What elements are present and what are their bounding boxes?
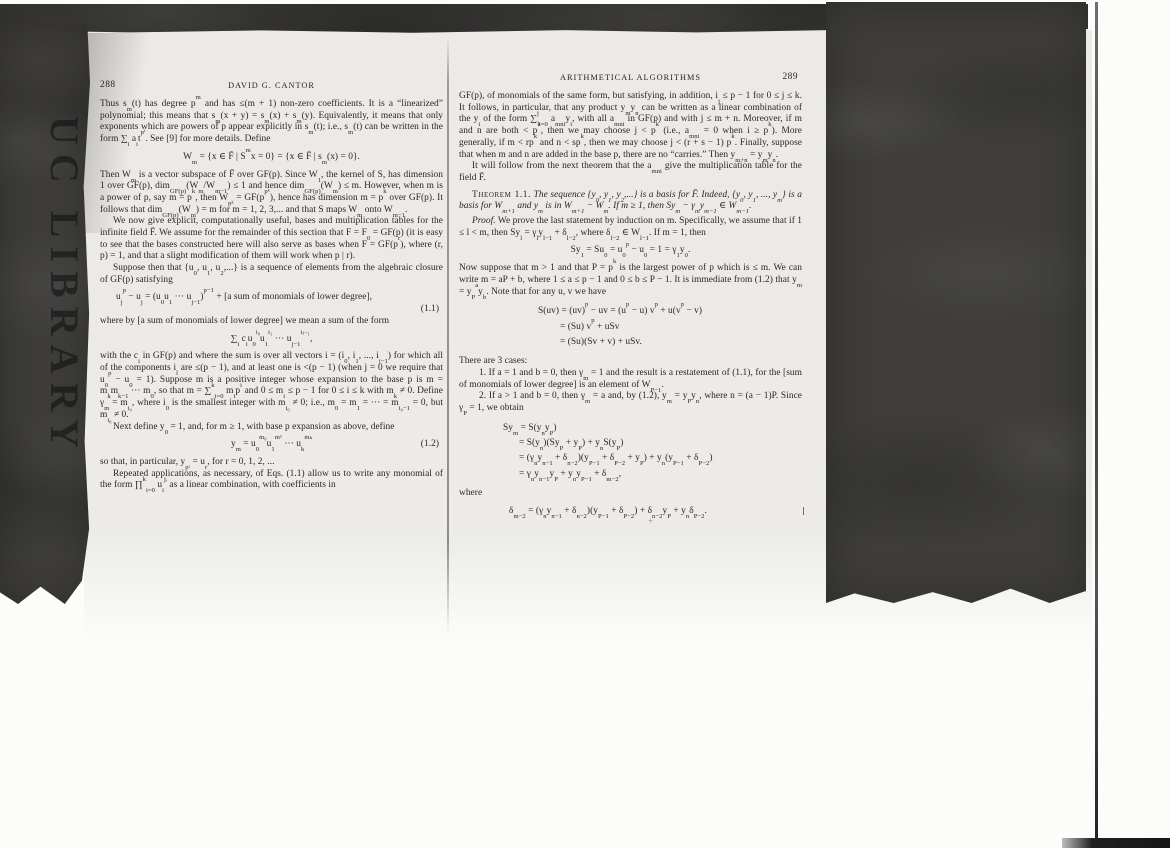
display-equation: δm−2 = (γnyn−1 + δn−2)(yP−1 + δP−2) + δn…	[459, 506, 802, 518]
display-equation: Sy1 = Su0 = u0p − u0 = 1 = γ1y0.	[459, 245, 802, 257]
left-running-head-row: 288 DAVID G. CANTOR	[100, 80, 443, 92]
theorem-label: Theorem 1.1.	[472, 190, 531, 200]
paragraph: with the ci in GF(p) and where the sum i…	[100, 351, 443, 421]
scan-dark-bar-bottom	[1062, 838, 1170, 848]
proof-body: We prove the last statement by induction…	[459, 216, 802, 238]
paragraph: Repeated applications, as necessary, of …	[100, 469, 443, 492]
proof-paragraph: Proof. We prove the last statement by in…	[459, 216, 802, 239]
right-running-head-row: ARITHMETICAL ALGORITHMS 289	[459, 72, 802, 84]
running-head: ARITHMETICAL ALGORITHMS	[560, 73, 701, 82]
equation-line: = γnyn−1yP + ynyP−1 + δm−2,	[459, 467, 802, 482]
equation-line: = (γnyn−1 + δn−2)(yP−1 + δP−2 + yP) + yn…	[459, 451, 802, 466]
page-left: 288 DAVID G. CANTOR Thus sm(t) has degre…	[100, 80, 443, 492]
scan-dark-block-right	[826, 2, 1086, 603]
case-item: 1. If a = 1 and b = 0, then γm = 1 and t…	[459, 368, 802, 391]
display-equation: ym = u0m₀u1m¹ ··· ukmₖ	[231, 439, 312, 449]
paragraph: It will follow from the next theorem tha…	[459, 161, 802, 184]
equation-number: (1.2)	[421, 439, 439, 451]
display-equation-block: S(uv) = (uv)p − uv = (up − u) vp + u(vp …	[459, 304, 802, 350]
display-equation-row: ym = u0m₀u1m¹ ··· ukmₖ (1.2)	[100, 439, 443, 451]
paragraph: so that, in particular, ypʳ = ur, for r …	[100, 457, 443, 469]
scan-artifact-plus: +	[648, 516, 653, 526]
page-edge-line	[1095, 2, 1098, 842]
theorem-paragraph: Theorem 1.1. The sequence {y0, y1, y2,..…	[459, 190, 802, 213]
page-number: 288	[100, 80, 116, 92]
display-equation-block: Sym = S(ynyP) = S(yn)(SyP + yP) + ynS(yP…	[459, 421, 802, 482]
paragraph: Next define y0 = 1, and, for m ≥ 1, with…	[100, 422, 443, 434]
paragraph: Now suppose that m > 1 and that P = pk i…	[459, 263, 802, 298]
paragraph: There are 3 cases:	[459, 356, 802, 368]
equation-line: Sym = S(ynyP)	[459, 421, 802, 436]
paragraph: Suppose then that {u0, u1, u2,...} is a …	[100, 263, 443, 286]
proof-label: Proof.	[472, 216, 496, 226]
page-number: 289	[782, 72, 798, 84]
display-equation: ujp − uj = (u0u1 ··· uj−1)p−1 + [a sum o…	[100, 292, 443, 304]
page-right: ARITHMETICAL ALGORITHMS 289 GF(p), of mo…	[459, 72, 802, 523]
equation-line: S(uv) = (uv)p − uv = (up − u) vp + u(vp …	[459, 304, 802, 319]
book-spine-gutter-line	[447, 36, 449, 634]
paragraph: We now give explicit, computationally us…	[100, 216, 443, 263]
equation-line: = (Su) vp + uSv	[459, 320, 802, 335]
paragraph: Then Wm is a vector subspace of F̄ over …	[100, 170, 443, 217]
paragraph: GF(p), of monomials of the same form, bu…	[459, 91, 802, 161]
equation-number: (1.1)	[100, 304, 443, 316]
paragraph: Thus sm(t) has degree pm and has ≤(m + 1…	[100, 99, 443, 146]
display-equation: ∑i ciu0i₀u1i₁ ··· uj−1iⱼ₋₁,	[100, 334, 443, 346]
library-stamp-text: UC LIBRARY	[38, 116, 88, 446]
equation-line: = (Su)(Sv + v) + uSv.	[459, 335, 802, 350]
display-equation: Wm = {x ∈ F̄ | Smx = 0} = {x ∈ F̄ | sm(x…	[100, 152, 443, 164]
paragraph: where by [a sum of monomials of lower de…	[100, 316, 443, 328]
running-head: DAVID G. CANTOR	[228, 81, 315, 90]
case-item: 2. If a > 1 and b = 0, then γm = a and, …	[459, 391, 802, 414]
scanned-book-page: UC LIBRARY 288 DAVID G. CANTOR Thus sm(t…	[0, 0, 1170, 848]
scan-artifact-tick	[803, 507, 804, 515]
paragraph: where	[459, 488, 802, 500]
equation-line: = S(yn)(SyP + yP) + ynS(yP)	[459, 436, 802, 451]
